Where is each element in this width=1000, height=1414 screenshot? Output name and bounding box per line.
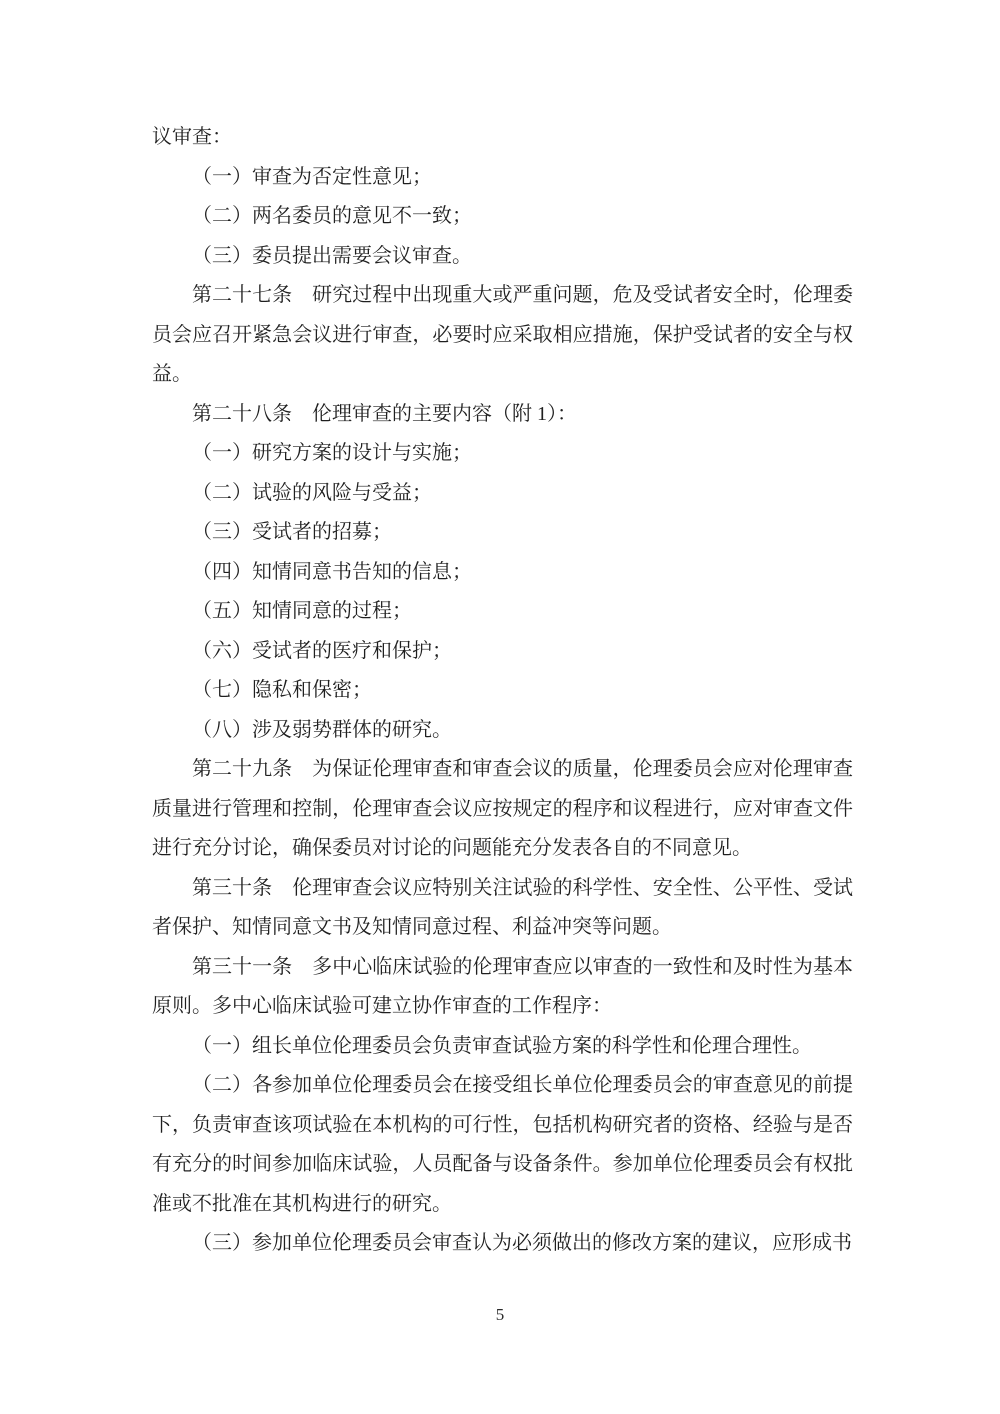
paragraph: （六）受试者的医疗和保护； xyxy=(152,632,853,672)
paragraph: （四）知情同意书告知的信息； xyxy=(152,553,853,593)
paragraph: （一）研究方案的设计与实施； xyxy=(152,434,853,474)
paragraph: （八）涉及弱势群体的研究。 xyxy=(152,711,853,751)
paragraph: （二）各参加单位伦理委员会在接受组长单位伦理委员会的审查意见的前提下，负责审查该… xyxy=(152,1066,853,1224)
document-body: 议审查：（一）审查为否定性意见；（二）两名委员的意见不一致；（三）委员提出需要会… xyxy=(152,118,853,1264)
paragraph: （一）组长单位伦理委员会负责审查试验方案的科学性和伦理合理性。 xyxy=(152,1027,853,1067)
page-number: 5 xyxy=(496,1305,505,1324)
paragraph: 第三十条 伦理审查会议应特别关注试验的科学性、安全性、公平性、受试者保护、知情同… xyxy=(152,869,853,948)
paragraph: 第三十一条 多中心临床试验的伦理审查应以审查的一致性和及时性为基本原则。多中心临… xyxy=(152,948,853,1027)
paragraph: 第二十九条 为保证伦理审查和审查会议的质量，伦理委员会应对伦理审查质量进行管理和… xyxy=(152,750,853,869)
paragraph: （七）隐私和保密； xyxy=(152,671,853,711)
paragraph: （五）知情同意的过程； xyxy=(152,592,853,632)
paragraph: （三）委员提出需要会议审查。 xyxy=(152,237,853,277)
paragraph: （二）试验的风险与受益； xyxy=(152,474,853,514)
paragraph: （三）受试者的招募； xyxy=(152,513,853,553)
document-page: 议审查：（一）审查为否定性意见；（二）两名委员的意见不一致；（三）委员提出需要会… xyxy=(0,0,1000,1414)
paragraph: （二）两名委员的意见不一致； xyxy=(152,197,853,237)
paragraph: （三）参加单位伦理委员会审查认为必须做出的修改方案的建议，应形成书 xyxy=(152,1224,853,1264)
paragraph: 第二十七条 研究过程中出现重大或严重问题，危及受试者安全时，伦理委员会应召开紧急… xyxy=(152,276,853,395)
page-footer: 5 xyxy=(0,1303,1000,1327)
paragraph: （一）审查为否定性意见； xyxy=(152,158,853,198)
paragraph: 第二十八条 伦理审查的主要内容（附 1）： xyxy=(152,395,853,435)
paragraph: 议审查： xyxy=(152,118,853,158)
